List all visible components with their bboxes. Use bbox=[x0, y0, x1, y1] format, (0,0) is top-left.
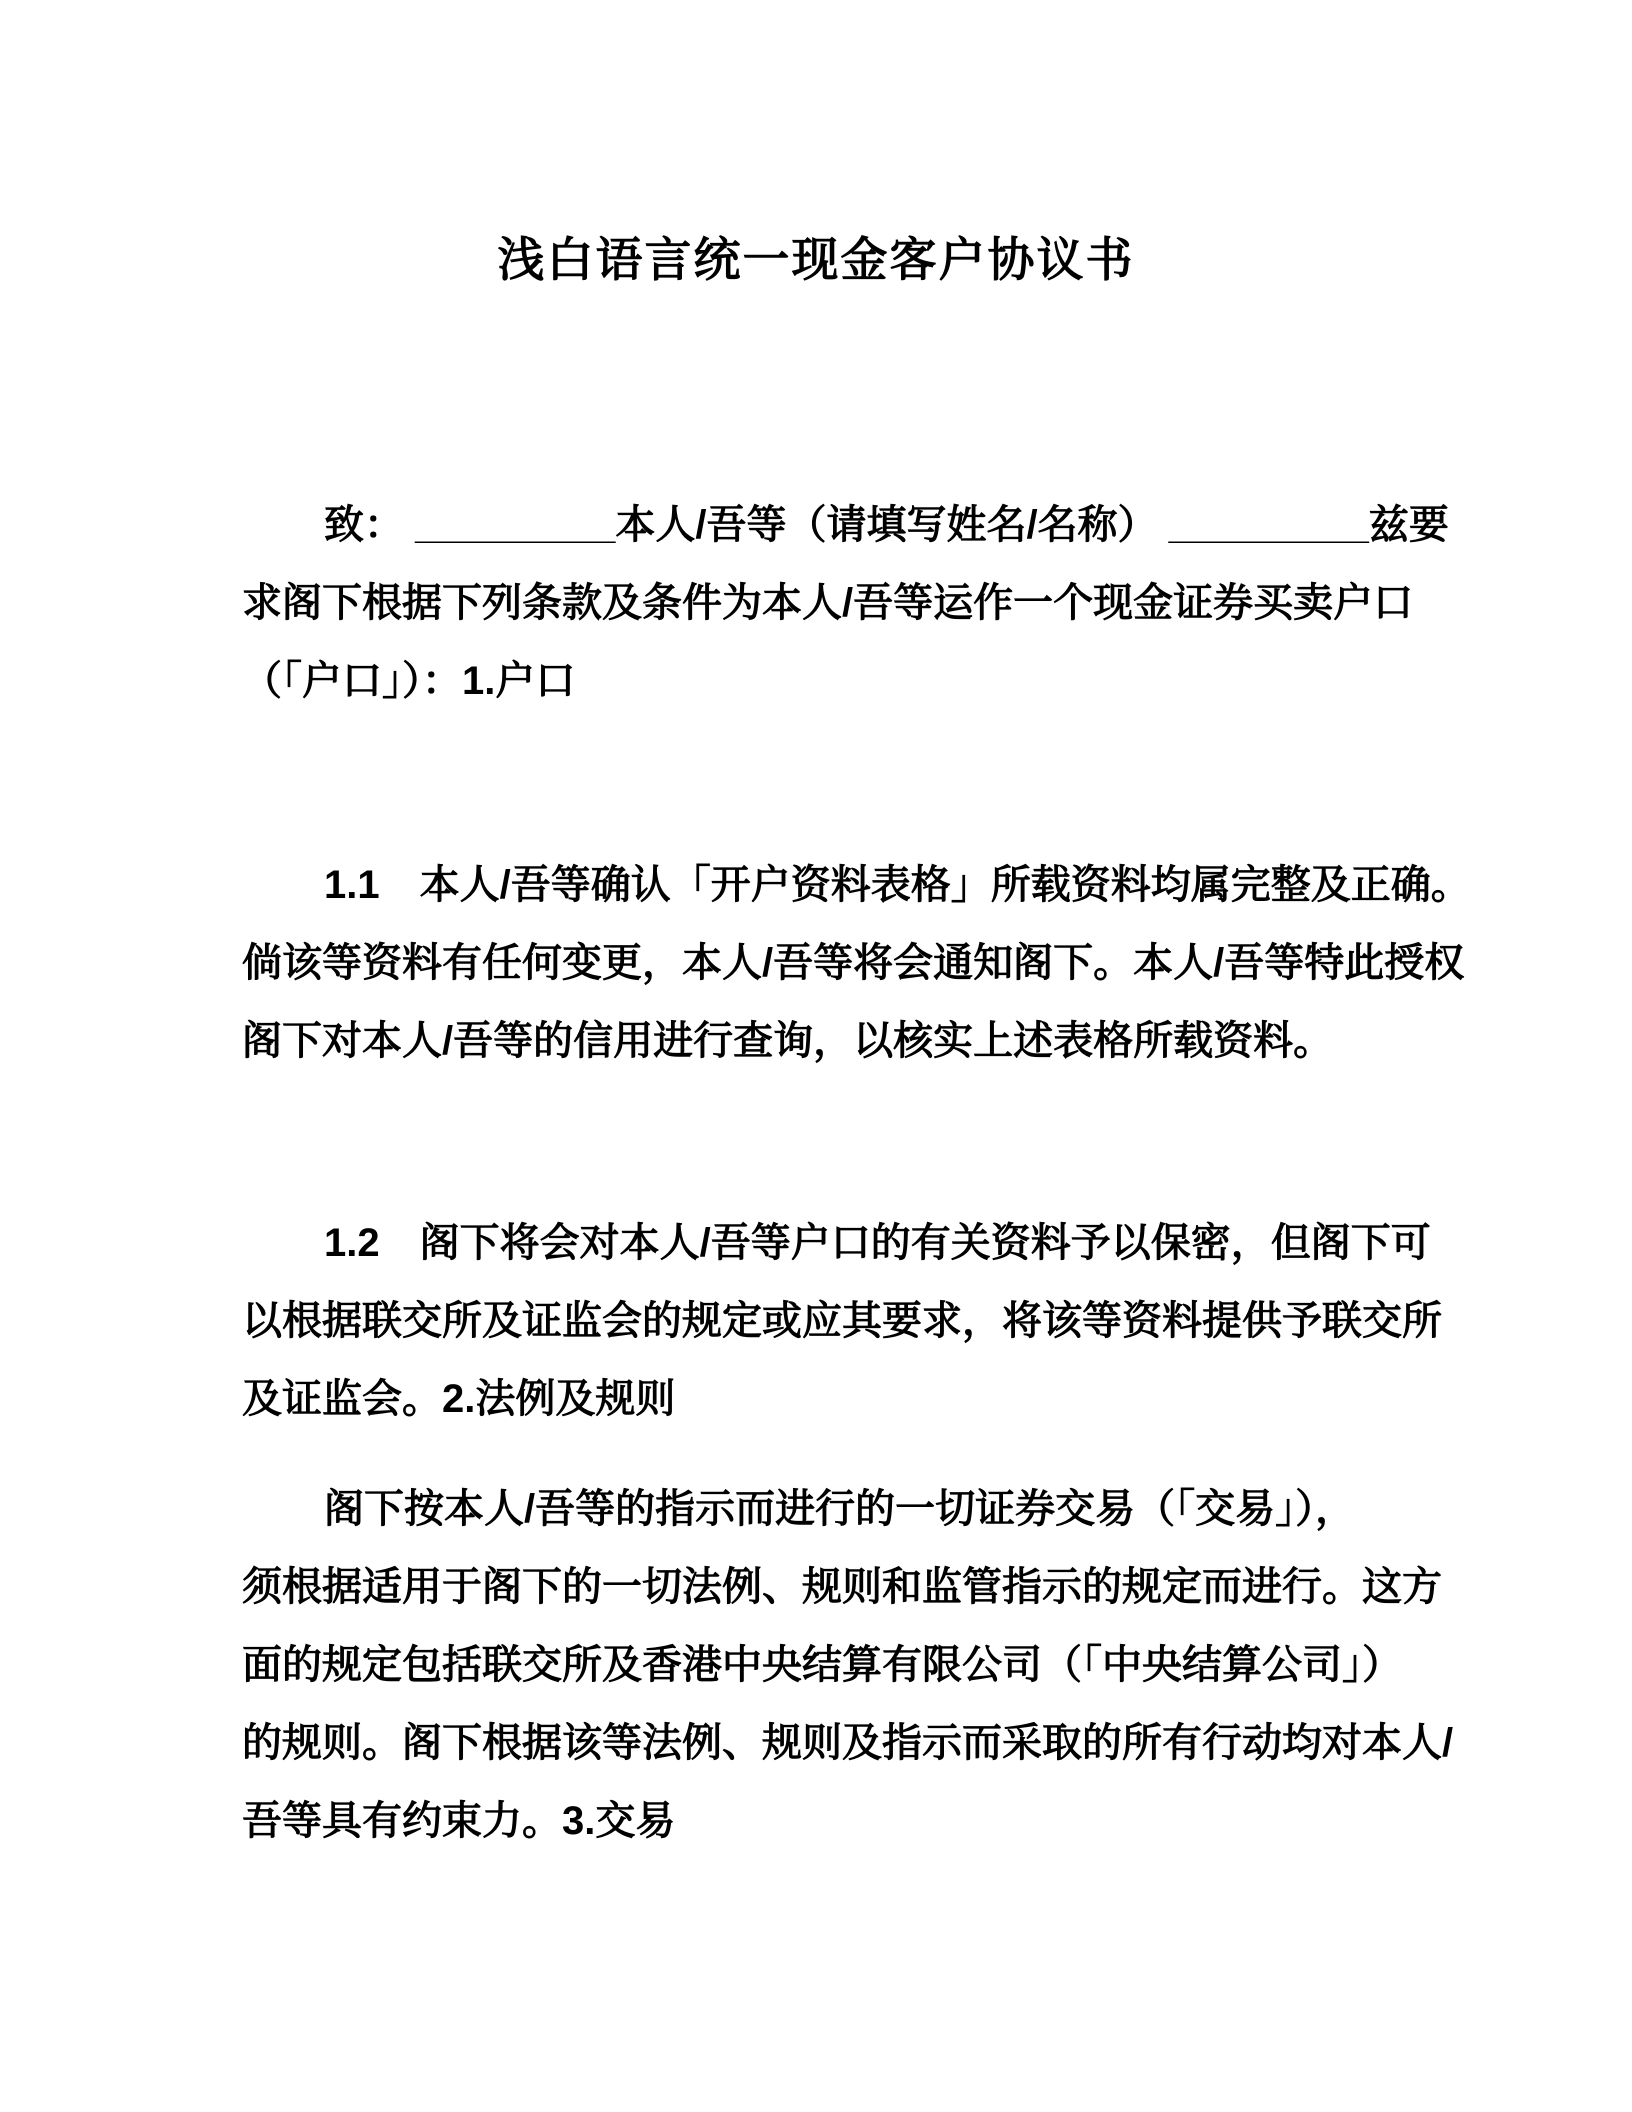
paragraph-clause-1-2: 1.2 阁下将会对本人/吾等户口的有关资料予以保密，但阁下可 以根据联交所及证监… bbox=[242, 1204, 1472, 1438]
doc-line: 1.1 本人/吾等确认「开户资料表格」所载资料均属完整及正确。 bbox=[242, 846, 1472, 924]
document-title: 浅白语言统一现金客户协议书 bbox=[0, 228, 1632, 292]
doc-line: 吾等具有约束力。3.交易 bbox=[242, 1782, 1472, 1860]
doc-line: 1.2 阁下将会对本人/吾等户口的有关资料予以保密，但阁下可 bbox=[242, 1204, 1472, 1282]
doc-line: 的规则。阁下根据该等法例、规则及指示而采取的所有行动均对本人/ bbox=[242, 1704, 1472, 1782]
doc-line: 及证监会。2.法例及规则 bbox=[242, 1360, 1472, 1438]
doc-line: 倘该等资料有任何变更，本人/吾等将会通知阁下。本人/吾等特此授权 bbox=[242, 924, 1472, 1002]
doc-line: 阁下对本人/吾等的信用进行查询，以核实上述表格所载资料。 bbox=[242, 1002, 1472, 1080]
document-page: 浅白语言统一现金客户协议书 致： _________本人/吾等（请填写姓名/名称… bbox=[0, 0, 1632, 2112]
doc-line: 致： _________本人/吾等（请填写姓名/名称） _________兹要 bbox=[242, 486, 1472, 564]
paragraph-clause-1-1: 1.1 本人/吾等确认「开户资料表格」所载资料均属完整及正确。 倘该等资料有任何… bbox=[242, 846, 1472, 1080]
doc-line: 面的规定包括联交所及香港中央结算有限公司（「中央结算公司」） bbox=[242, 1626, 1472, 1704]
paragraph-clause-2-3: 阁下按本人/吾等的指示而进行的一切证券交易（「交易」）， 须根据适用于阁下的一切… bbox=[242, 1470, 1472, 1860]
doc-line: 阁下按本人/吾等的指示而进行的一切证券交易（「交易」）， bbox=[242, 1470, 1472, 1548]
doc-line: （「户口」）：1.户口 bbox=[242, 642, 1472, 720]
doc-line: 以根据联交所及证监会的规定或应其要求，将该等资料提供予联交所 bbox=[242, 1282, 1472, 1360]
doc-line: 求阁下根据下列条款及条件为本人/吾等运作一个现金证券买卖户口 bbox=[242, 564, 1472, 642]
paragraph-opening: 致： _________本人/吾等（请填写姓名/名称） _________兹要 … bbox=[242, 486, 1472, 720]
doc-line: 须根据适用于阁下的一切法例、规则和监管指示的规定而进行。这方 bbox=[242, 1548, 1472, 1626]
